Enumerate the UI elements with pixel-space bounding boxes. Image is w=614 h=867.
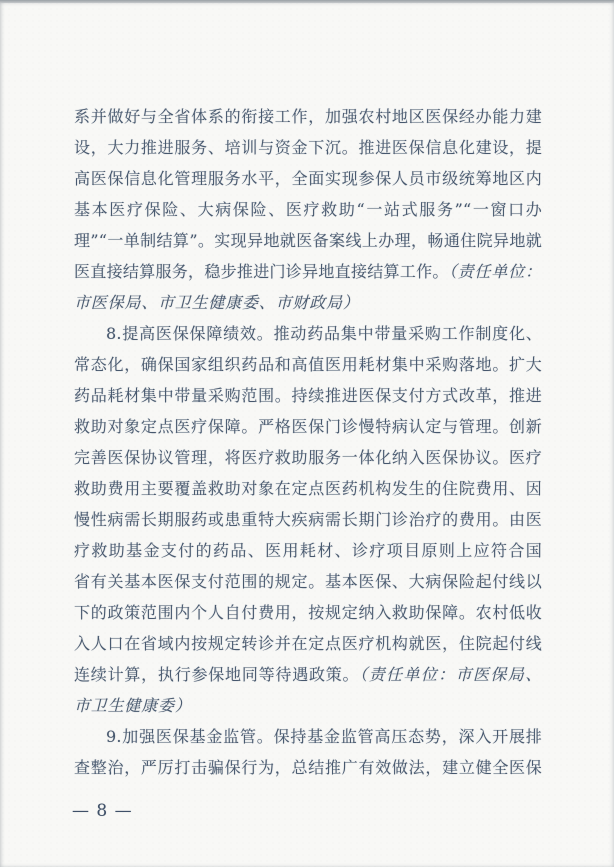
text-line: 查整治，严厉打击骗保行为，总结推广有效做法，建立健全医保 (74, 752, 542, 783)
text-line: 市医保局、市卫生健康委、市财政局） (74, 287, 542, 318)
text-line: 市卫生健康委） (74, 690, 542, 721)
body-text: 医直接结算服务，稳步推进门诊异地直接结算工作。 (74, 262, 449, 281)
body-text: 药品耗材集中带量采购范围。持续推进医保支付方式改革，推进 (74, 386, 542, 405)
text-line: 高医保信息化管理服务水平，全面实现参保人员市级统筹地区内 (74, 163, 542, 194)
body-text: 常态化，确保国家组织药品和高值医用耗材集中采购落地。扩大 (74, 355, 542, 374)
text-line: 理”“一单制结算”。实现异地就医备案线上办理，畅通住院异地就 (74, 225, 542, 256)
body-text: 9.加强医保基金监管。保持基金监管高压态势，深入开展排 (106, 727, 542, 746)
body-text: 基本医疗保险、大病保险、医疗救助“一站式服务”“一窗口办 (74, 200, 542, 219)
text-line: 医直接结算服务，稳步推进门诊异地直接结算工作。（责任单位： (74, 256, 542, 287)
scan-edge (0, 0, 614, 3)
text-line: 慢性病需长期服药或患重特大疾病需长期门诊治疗的费用。由医 (74, 504, 542, 535)
page-number: — 8 — (72, 801, 133, 821)
text-line: 连续计算，执行参保地同等待遇政策。（责任单位：市医保局、 (74, 659, 542, 690)
text-line: 完善医保协议管理，将医疗救助服务一体化纳入医保协议。医疗 (74, 442, 542, 473)
body-text: 下的政策范围内个人自付费用，按规定纳入救助保障。农村低收 (74, 603, 542, 622)
text-line: 基本医疗保险、大病保险、医疗救助“一站式服务”“一窗口办 (74, 194, 542, 225)
text-line: 系并做好与全省体系的衔接工作，加强农村地区医保经办能力建 (74, 101, 542, 132)
text-line: 下的政策范围内个人自付费用，按规定纳入救助保障。农村低收 (74, 597, 542, 628)
text-line: 9.加强医保基金监管。保持基金监管高压态势，深入开展排 (74, 721, 542, 752)
body-text: 救助对象定点医疗保障。严格医保门诊慢特病认定与管理。创新 (74, 417, 542, 436)
body-text: 入人口在省域内按规定转诊并在定点医疗机构就医，住院起付线 (74, 634, 542, 653)
text-line: 救助费用主要覆盖救助对象在定点医药机构发生的住院费用、因 (74, 473, 542, 504)
body-text: 完善医保协议管理，将医疗救助服务一体化纳入医保协议。医疗 (74, 448, 542, 467)
text-line: 常态化，确保国家组织药品和高值医用耗材集中采购落地。扩大 (74, 349, 542, 380)
body-text: 系并做好与全省体系的衔接工作，加强农村地区医保经办能力建 (74, 107, 542, 126)
body-text: 连续计算，执行参保地同等待遇政策。 (74, 665, 359, 684)
body-text: 慢性病需长期服药或患重特大疾病需长期门诊治疗的费用。由医 (74, 510, 542, 529)
text-line: 药品耗材集中带量采购范围。持续推进医保支付方式改革，推进 (74, 380, 542, 411)
responsibility-unit-text: （责任单位：市医保局、 (359, 665, 542, 684)
text-line: 设，大力推进服务、培训与资金下沉。推进医保信息化建设，提 (74, 132, 542, 163)
text-line: 救助对象定点医疗保障。严格医保门诊慢特病认定与管理。创新 (74, 411, 542, 442)
text-line: 入人口在省域内按规定转诊并在定点医疗机构就医，住院起付线 (74, 628, 542, 659)
body-text: 设，大力推进服务、培训与资金下沉。推进医保信息化建设，提 (74, 138, 542, 157)
body-text: 省有关基本医保支付范围的规定。基本医保、大病保险起付线以 (74, 572, 542, 591)
body-text: 疗救助基金支付的药品、医用耗材、诊疗项目原则上应符合国家、 (74, 541, 542, 566)
body-text: 8.提高医保保障绩效。推动药品集中带量采购工作制度化、 (106, 324, 542, 343)
body-text: 查整治，严厉打击骗保行为，总结推广有效做法，建立健全医保 (74, 758, 542, 777)
body-text: 高医保信息化管理服务水平，全面实现参保人员市级统筹地区内 (74, 169, 542, 188)
scanned-page: 系并做好与全省体系的衔接工作，加强农村地区医保经办能力建设，大力推进服务、培训与… (0, 0, 614, 867)
document-body: 系并做好与全省体系的衔接工作，加强农村地区医保经办能力建设，大力推进服务、培训与… (74, 101, 542, 783)
body-text: 理”“一单制结算”。实现异地就医备案线上办理，畅通住院异地就 (74, 231, 542, 250)
text-line: 8.提高医保保障绩效。推动药品集中带量采购工作制度化、 (74, 318, 542, 349)
responsibility-unit-text: （责任单位： (449, 262, 542, 281)
text-line: 疗救助基金支付的药品、医用耗材、诊疗项目原则上应符合国家、 (74, 535, 542, 566)
text-line: 省有关基本医保支付范围的规定。基本医保、大病保险起付线以 (74, 566, 542, 597)
responsibility-unit-text: 市医保局、市卫生健康委、市财政局） (74, 293, 360, 312)
body-text: 救助费用主要覆盖救助对象在定点医药机构发生的住院费用、因 (74, 479, 542, 498)
responsibility-unit-text: 市卫生健康委） (74, 696, 192, 715)
